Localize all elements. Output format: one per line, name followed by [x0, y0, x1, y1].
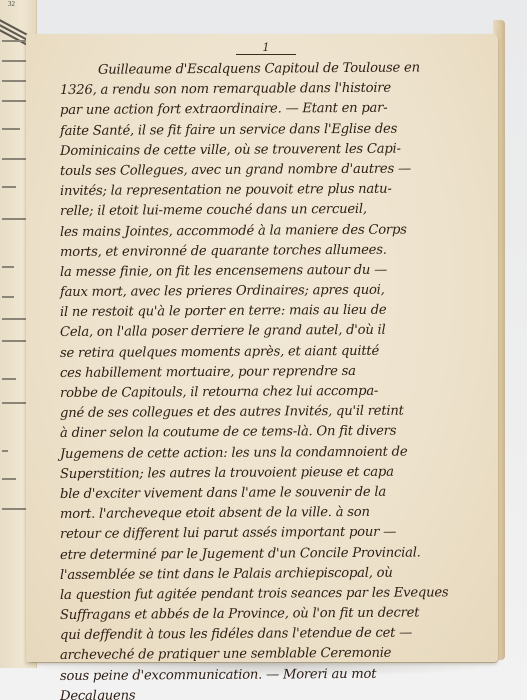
printed-text-line — [2, 296, 14, 298]
manuscript-line: relle; il etoit lui-meme couché dans un … — [60, 199, 480, 222]
printed-text-line — [2, 450, 8, 452]
manuscript-line: Cela, on l'alla poser derriere le grand … — [60, 321, 480, 344]
manuscript-line: les mains Jointes, accommodé à la manier… — [60, 220, 480, 243]
folio-number: 1 — [236, 42, 296, 55]
manuscript-line: Decalquens — [60, 684, 480, 700]
manuscript-line: etre determiné par le Jugement d'un Conc… — [60, 543, 480, 566]
manuscript-line: faite Santé, il se fit faire un service … — [60, 119, 480, 142]
printed-text-line — [2, 478, 16, 480]
printed-text-line — [2, 186, 16, 188]
printed-text-line — [2, 266, 14, 268]
manuscript-line: Superstition; les autres la trouvoient p… — [60, 462, 480, 485]
manuscript-line: à diner selon la coutume de ce tems-là. … — [60, 421, 480, 444]
printed-text-line — [2, 318, 28, 320]
printed-text-line — [2, 340, 28, 342]
printed-text-line — [2, 378, 16, 380]
manuscript-line: se retira quelques moments après, et aia… — [60, 341, 480, 364]
manuscript-line: Jugemens de cette action: les uns la con… — [60, 442, 480, 465]
manuscript-line: morts, et environné de quarante torches … — [60, 240, 480, 263]
printed-text-line — [2, 158, 26, 160]
manuscript-line: Dominicains de cette ville, où se trouve… — [60, 139, 480, 162]
manuscript-line: archeveché de pratiquer une semblable Ce… — [60, 644, 480, 667]
printed-text-line — [2, 80, 28, 82]
manuscript-line: l'assemblée se tint dans le Palais archi… — [60, 563, 480, 586]
manuscript-line: par une action fort extraordinaire. — Et… — [60, 98, 480, 121]
facing-page-number: 32 — [8, 0, 15, 8]
manuscript-line: sous peine d'excommunication. — Moreri a… — [60, 664, 480, 687]
manuscript-text: Guilleaume d'Escalquens Capitoul de Toul… — [60, 61, 480, 700]
manuscript-line: retour ce different lui parut assés impo… — [60, 522, 480, 545]
printed-text-line — [2, 128, 20, 130]
